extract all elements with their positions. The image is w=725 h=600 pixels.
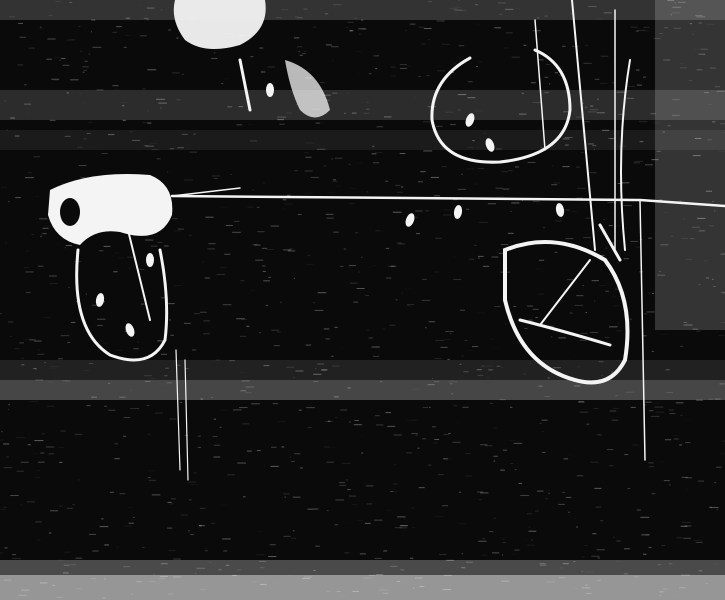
artwork-canvas [0, 0, 725, 600]
abstract-print [0, 0, 725, 600]
